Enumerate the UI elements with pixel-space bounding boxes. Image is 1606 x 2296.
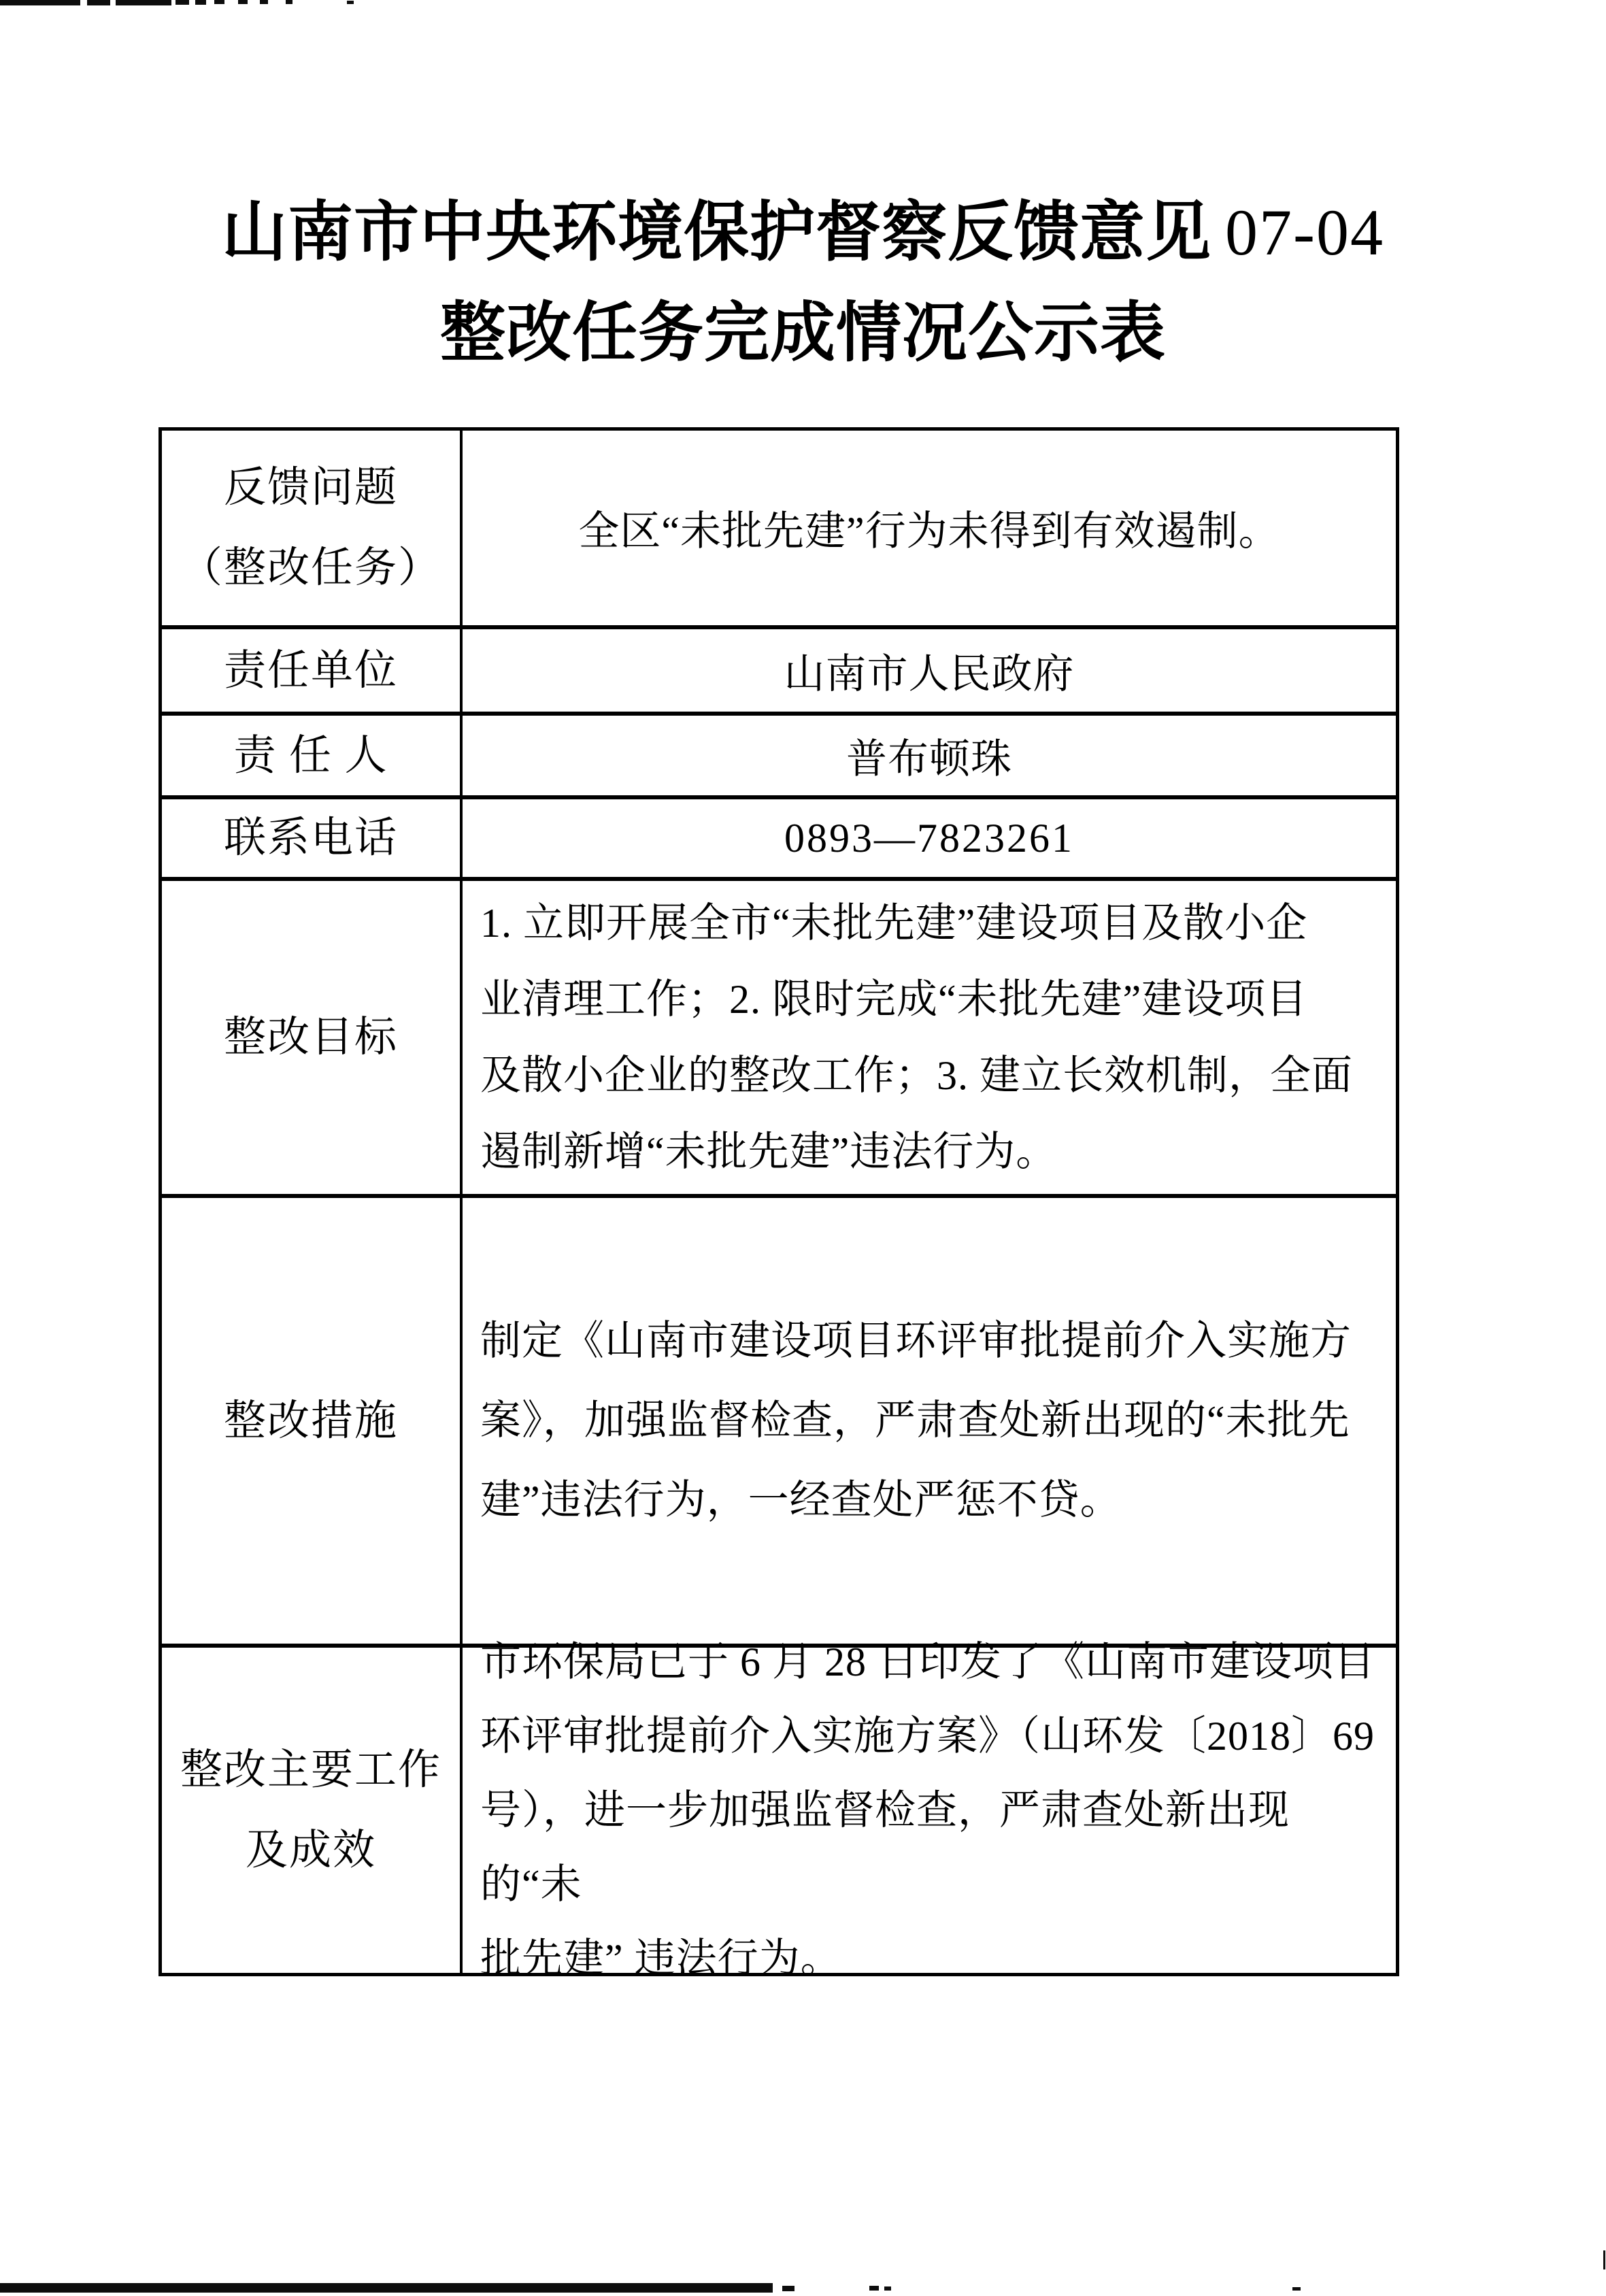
table-row-rectification-measures: 整改措施 制定《山南市建设项目环评审批提前介入实施方 案》，加强监督检查，严肃查… <box>162 1198 1396 1648</box>
row-value-contact-phone: 0893—7823261 <box>463 799 1396 877</box>
row-header-feedback-issue: 反馈问题 （整改任务） <box>162 431 463 625</box>
scan-artifact-top <box>214 0 224 4</box>
scan-artifact-top <box>238 0 248 4</box>
page-title-line2: 整改任务完成情况公示表 <box>0 283 1606 384</box>
scan-artifact-top <box>175 0 189 5</box>
scan-artifact-top <box>0 0 80 5</box>
scan-artifact-right-edge <box>1603 2250 1605 2269</box>
row-header-rectification-work-results: 整改主要工作 及成效 <box>162 1648 463 1973</box>
page-title-line1-number: 07-04 <box>1225 196 1384 269</box>
row-header-rectification-goal: 整改目标 <box>162 881 463 1194</box>
scan-artifact-bottom <box>0 2283 773 2293</box>
row-header-contact-phone: 联系电话 <box>162 799 463 877</box>
row-header-responsible-unit: 责任单位 <box>162 629 463 712</box>
row-value-rectification-work-results: 市环保局已于 6 月 28 日印发了《山南市建设项目 环评审批提前介入实施方案》… <box>463 1648 1396 1973</box>
scan-artifact-bottom <box>782 2286 794 2291</box>
scan-artifact-top <box>286 0 292 4</box>
scan-artifact-top <box>260 0 268 4</box>
row-value-rectification-measures: 制定《山南市建设项目环评审批提前介入实施方 案》，加强监督检查，严肃查处新出现的… <box>463 1198 1396 1644</box>
document-page: 山南市中央环境保护督察反馈意见07-04 整改任务完成情况公示表 反馈问题 （整… <box>0 0 1606 2296</box>
table-row-rectification-work-results: 整改主要工作 及成效 市环保局已于 6 月 28 日印发了《山南市建设项目 环评… <box>162 1648 1396 1973</box>
page-title-line1: 山南市中央环境保护督察反馈意见07-04 <box>0 182 1606 283</box>
scan-artifact-top <box>87 0 110 5</box>
scan-artifact-bottom <box>884 2286 891 2291</box>
scan-artifact-bottom <box>1292 2287 1301 2291</box>
scan-artifact-bottom <box>869 2286 879 2291</box>
row-header-rectification-measures: 整改措施 <box>162 1198 463 1644</box>
page-title: 山南市中央环境保护督察反馈意见07-04 整改任务完成情况公示表 <box>0 182 1606 384</box>
scan-artifact-top <box>347 1 354 4</box>
table-row-contact-phone: 联系电话 0893—7823261 <box>162 799 1396 881</box>
table-row-responsible-unit: 责任单位 山南市人民政府 <box>162 629 1396 716</box>
rectification-notice-table: 反馈问题 （整改任务） 全区“未批先建”行为未得到有效遏制。 责任单位 山南市人… <box>158 427 1399 1976</box>
table-row-responsible-person: 责 任 人 普布顿珠 <box>162 716 1396 799</box>
table-row-rectification-goal: 整改目标 1. 立即开展全市“未批先建”建设项目及散小企 业清理工作；2. 限时… <box>162 881 1396 1198</box>
row-header-responsible-person: 责 任 人 <box>162 716 463 795</box>
scan-artifact-top <box>195 0 206 5</box>
scan-artifact-top <box>116 0 171 5</box>
row-value-feedback-issue: 全区“未批先建”行为未得到有效遏制。 <box>463 431 1396 625</box>
row-value-rectification-goal: 1. 立即开展全市“未批先建”建设项目及散小企 业清理工作；2. 限时完成“未批… <box>463 881 1396 1194</box>
table-row-feedback-issue: 反馈问题 （整改任务） 全区“未批先建”行为未得到有效遏制。 <box>162 431 1396 629</box>
row-value-responsible-person: 普布顿珠 <box>463 716 1396 795</box>
page-title-line1-text: 山南市中央环境保护督察反馈意见 <box>222 196 1211 269</box>
row-value-responsible-unit: 山南市人民政府 <box>463 629 1396 712</box>
